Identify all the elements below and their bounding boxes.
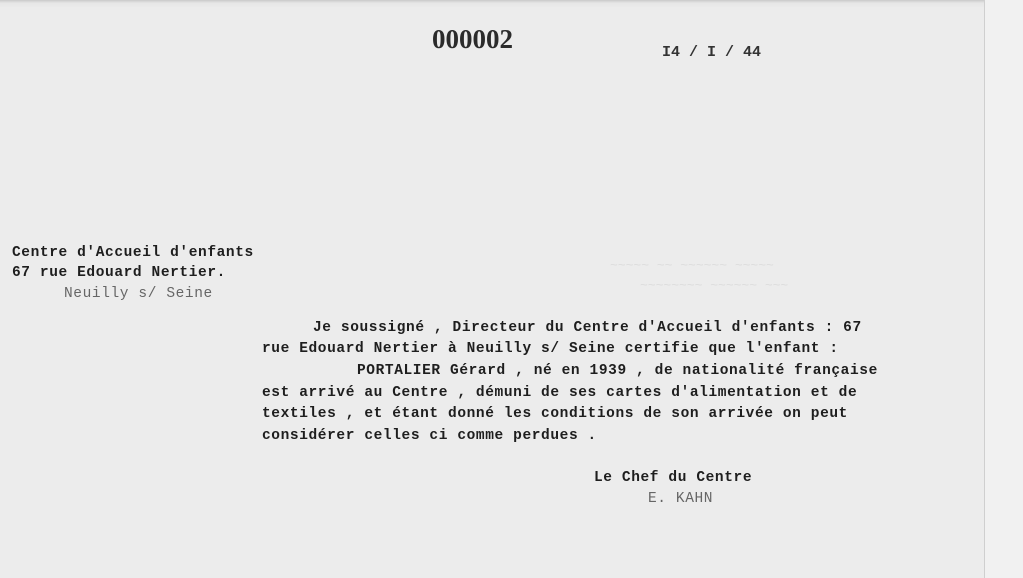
- signature-name: E. KAHN: [648, 492, 713, 507]
- body-line-5: textiles , et étant donné les conditions…: [262, 407, 848, 422]
- show-through-text: ~~~~~~~~ ~~~~~~ ~~~: [640, 278, 788, 293]
- sender-name: Centre d'Accueil d'enfants: [12, 246, 254, 261]
- signature-title: Le Chef du Centre: [594, 471, 752, 486]
- scanned-document-page: ~~~~~ ~~ ~~~~~~ ~~~~~ ~~~~~~~~ ~~~~~~ ~~…: [0, 0, 1023, 578]
- sender-address: 67 rue Edouard Nertier.: [12, 266, 226, 281]
- body-line-4: est arrivé au Centre , démuni de ses car…: [262, 386, 857, 401]
- body-line-2: rue Edouard Nertier à Neuilly s/ Seine c…: [262, 342, 839, 357]
- body-line-3: PORTALIER Gérard , né en 1939 , de natio…: [357, 364, 878, 379]
- show-through-text: ~~~~~ ~~ ~~~~~~ ~~~~~: [610, 258, 774, 273]
- sender-city: Neuilly s/ Seine: [64, 287, 213, 302]
- document-serial-number: 000002: [432, 24, 513, 55]
- body-line-1: Je soussigné , Directeur du Centre d'Acc…: [313, 321, 862, 336]
- page-margin-strip: [985, 0, 1023, 578]
- document-date: I4 / I / 44: [662, 44, 761, 61]
- body-line-6: considérer celles ci comme perdues .: [262, 429, 597, 444]
